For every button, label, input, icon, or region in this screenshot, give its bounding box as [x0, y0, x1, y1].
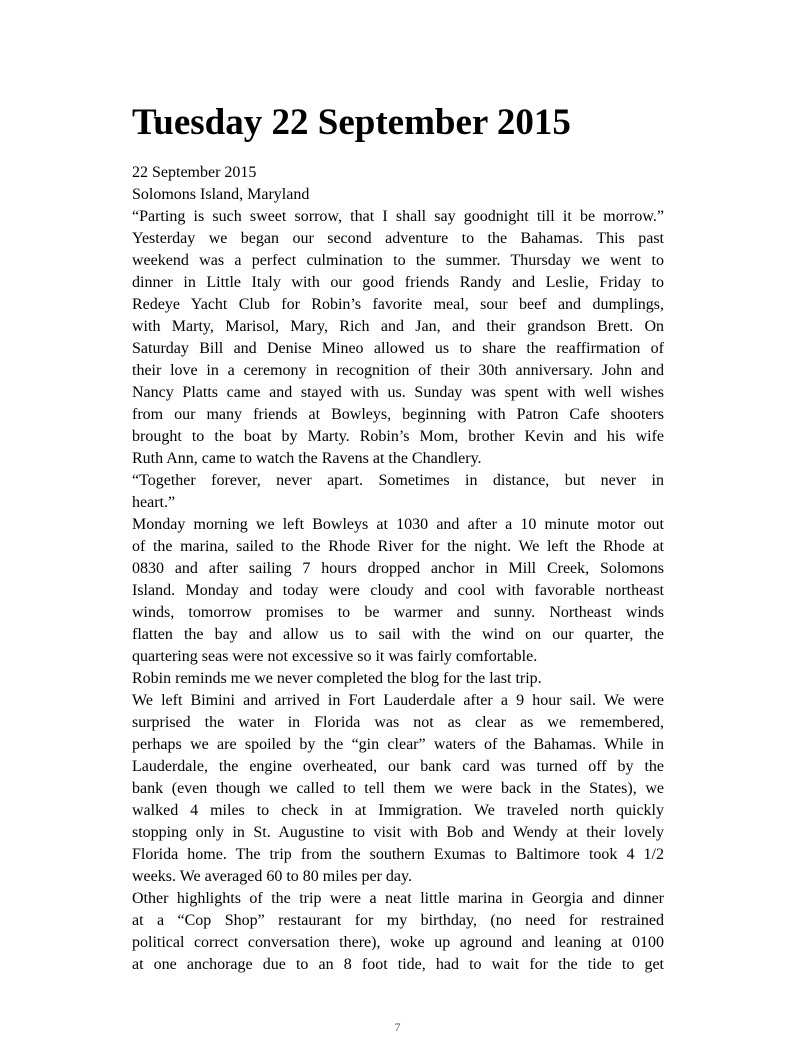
- text-line: flatten the bay and allow us to sail wit…: [132, 624, 664, 646]
- text-line: with Marty, Marisol, Mary, Rich and Jan,…: [132, 316, 664, 338]
- text-line: Yesterday we began our second adventure …: [132, 228, 664, 250]
- text-line: at one anchorage due to an 8 foot tide, …: [132, 954, 664, 976]
- text-line: Other highlights of the trip were a neat…: [132, 888, 664, 910]
- text-line: winds, tomorrow promises to be warmer an…: [132, 602, 664, 624]
- text-line: Robin reminds me we never completed the …: [132, 668, 664, 690]
- text-line: bank (even though we called to tell them…: [132, 778, 664, 800]
- text-line: stopping only in St. Augustine to visit …: [132, 822, 664, 844]
- text-line: 0830 and after sailing 7 hours dropped a…: [132, 558, 664, 580]
- text-line: Lauderdale, the engine overheated, our b…: [132, 756, 664, 778]
- text-line: walked 4 miles to check in at Immigratio…: [132, 800, 664, 822]
- text-line: political correct conversation there), w…: [132, 932, 664, 954]
- page-title: Tuesday 22 September 2015: [132, 100, 692, 146]
- text-line: Saturday Bill and Denise Mineo allowed u…: [132, 338, 664, 360]
- text-line: brought to the boat by Marty. Robin’s Mo…: [132, 426, 664, 448]
- document-page: Tuesday 22 September 2015 22 September 2…: [0, 0, 795, 1063]
- text-line: from our many friends at Bowleys, beginn…: [132, 404, 664, 426]
- text-line: Monday morning we left Bowleys at 1030 a…: [132, 514, 664, 536]
- text-line: Florida home. The trip from the southern…: [132, 844, 664, 866]
- text-line: “Parting is such sweet sorrow, that I sh…: [132, 206, 664, 228]
- text-line: Nancy Platts came and stayed with us. Su…: [132, 382, 664, 404]
- text-line: quartering seas were not excessive so it…: [132, 646, 664, 668]
- text-line: Solomons Island, Maryland: [132, 184, 664, 206]
- text-line: Ruth Ann, came to watch the Ravens at th…: [132, 448, 664, 470]
- text-line: “Together forever, never apart. Sometime…: [132, 470, 664, 492]
- body-text: 22 September 2015Solomons Island, Maryla…: [132, 162, 664, 976]
- text-line: of the marina, sailed to the Rhode River…: [132, 536, 664, 558]
- text-line: surprised the water in Florida was not a…: [132, 712, 664, 734]
- text-line: dinner in Little Italy with our good fri…: [132, 272, 664, 294]
- text-line: their love in a ceremony in recognition …: [132, 360, 664, 382]
- text-line: weeks. We averaged 60 to 80 miles per da…: [132, 866, 664, 888]
- page-number: 7: [0, 1019, 795, 1035]
- text-line: Island. Monday and today were cloudy and…: [132, 580, 664, 602]
- text-line: 22 September 2015: [132, 162, 664, 184]
- text-line: heart.”: [132, 492, 664, 514]
- text-line: weekend was a perfect culmination to the…: [132, 250, 664, 272]
- text-line: Redeye Yacht Club for Robin’s favorite m…: [132, 294, 664, 316]
- text-line: We left Bimini and arrived in Fort Laude…: [132, 690, 664, 712]
- text-line: perhaps we are spoiled by the “gin clear…: [132, 734, 664, 756]
- text-line: at a “Cop Shop” restaurant for my birthd…: [132, 910, 664, 932]
